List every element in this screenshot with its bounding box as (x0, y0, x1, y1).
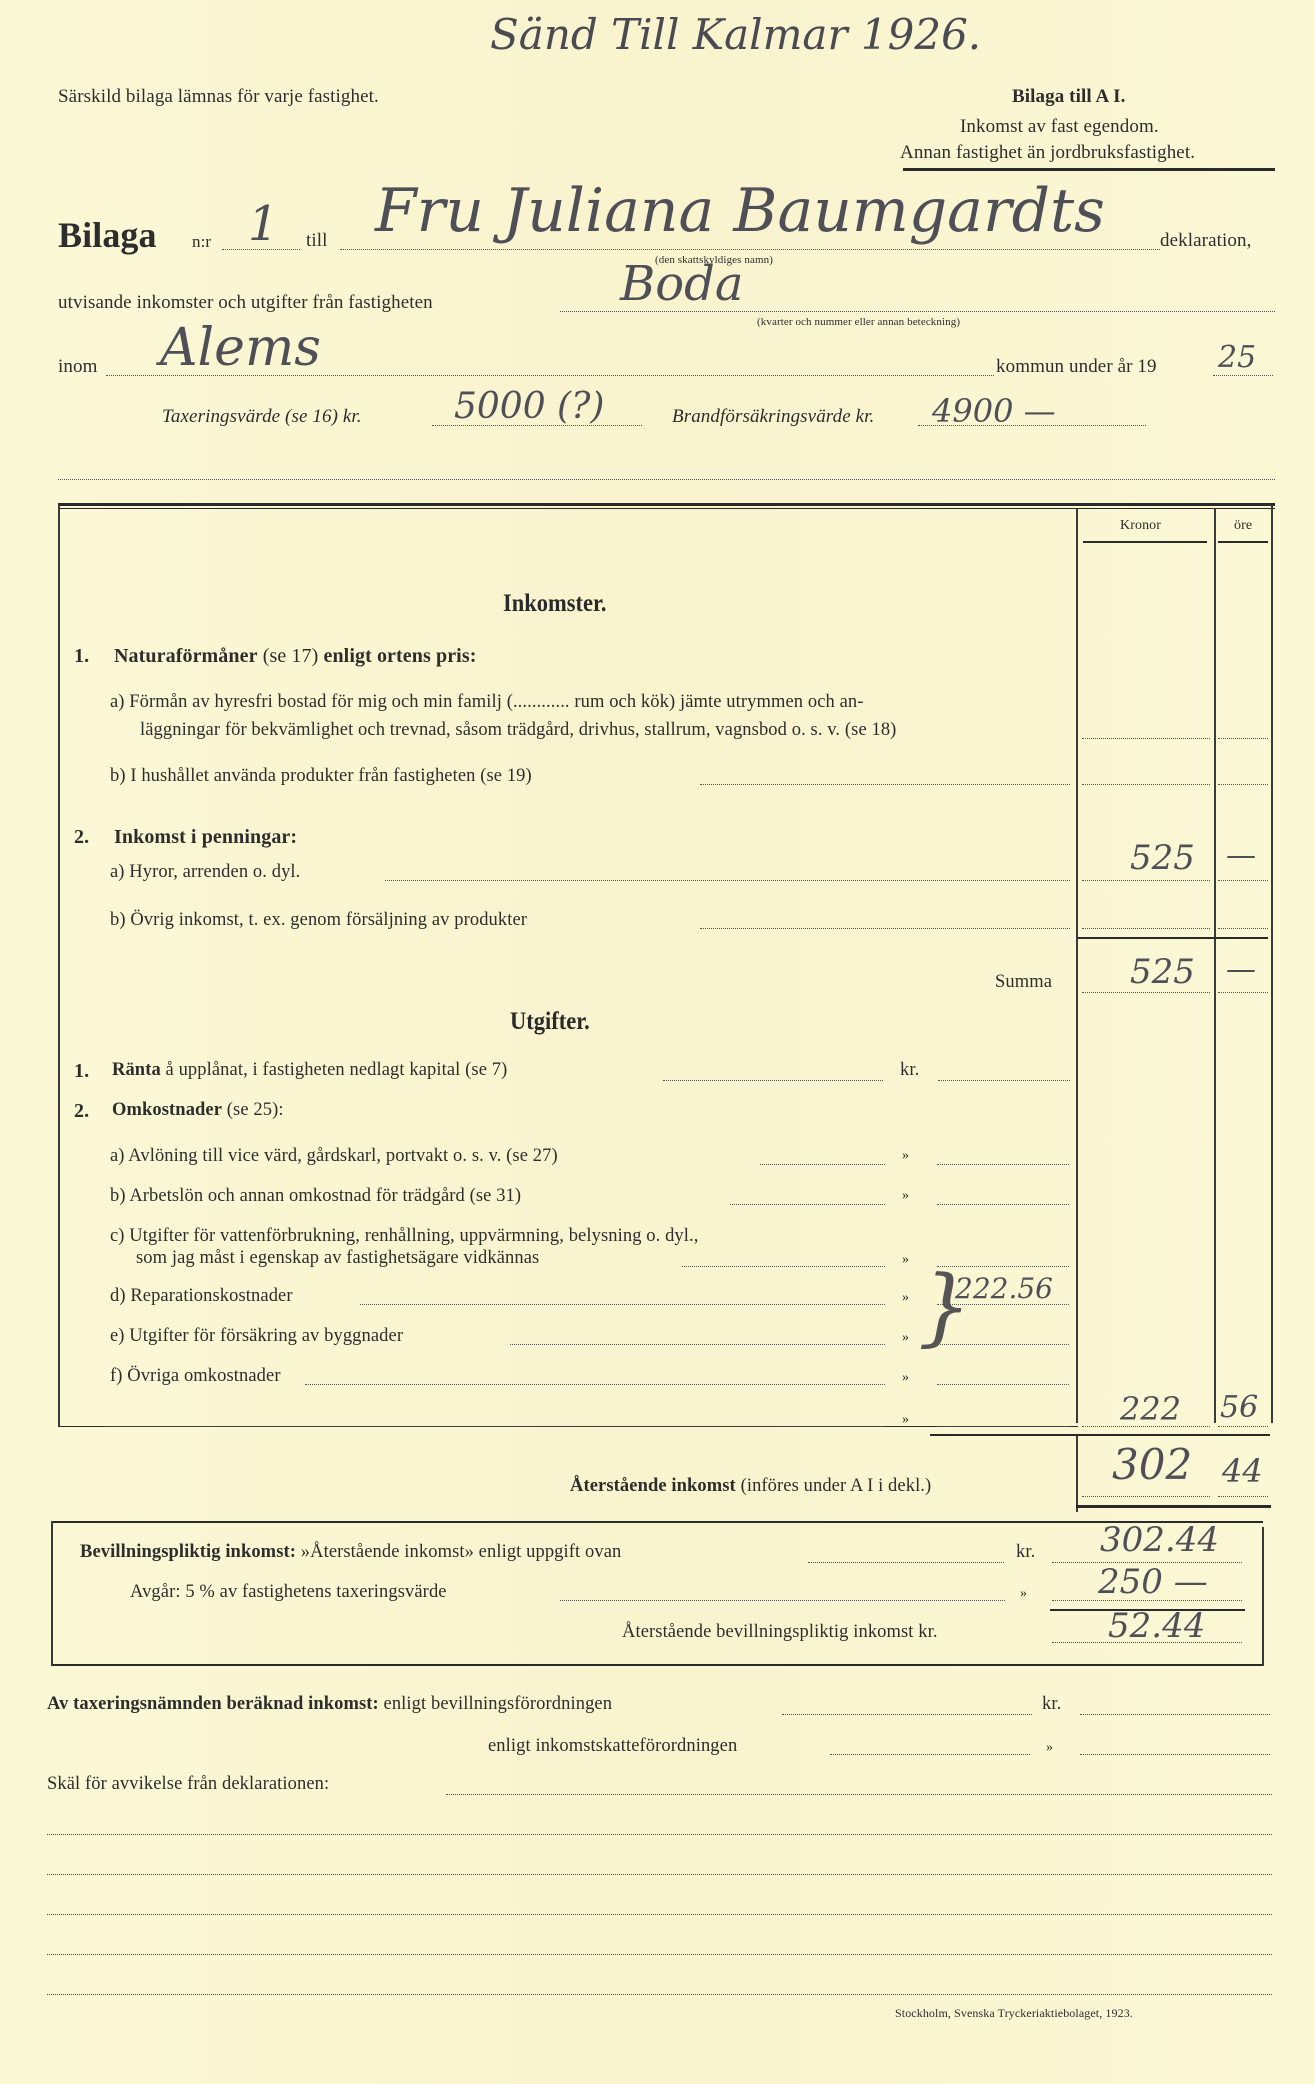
aterstaende-line: Återstående inkomst (införes under A I i… (570, 1476, 931, 1497)
natura-ref: (se 17) (263, 645, 319, 667)
aterstaende-kronor-field[interactable]: 302 (1112, 1440, 1192, 1489)
omkostnader-num: 2. (74, 1100, 89, 1123)
property-field[interactable]: Boda (620, 256, 744, 312)
omk-blank-sign: » (902, 1412, 909, 1428)
penningar-a-kronor-line (1082, 880, 1210, 881)
skal-field-line-6[interactable] (47, 1994, 1272, 1995)
skal-field-line-4[interactable] (47, 1914, 1272, 1915)
bevillning-line-1-leader (808, 1562, 1004, 1563)
summa-rule (1078, 937, 1268, 939)
bevillning-label: Bevillningspliktig inkomst: (80, 1542, 296, 1562)
bevillning-line-1: Bevillningspliktig inkomst: »Återstående… (80, 1542, 621, 1563)
bevillning-line-2-field[interactable]: 250 — (1098, 1562, 1208, 1602)
printer-imprint: Stockholm, Svenska Tryckeriaktiebolaget,… (895, 2006, 1133, 2021)
bevillning-line-1-field[interactable]: 302.44 (1100, 1520, 1219, 1560)
appendix-underline (903, 168, 1275, 171)
natura-num: 1. (74, 645, 89, 668)
col-header-kronor: Kronor (1120, 518, 1161, 534)
omk-b-leader (730, 1204, 885, 1205)
summa-kronor-line (1082, 992, 1210, 993)
brandforsakring-label: Brandförsäkringsvärde kr. (672, 406, 874, 428)
natura-b-ore-field[interactable] (1218, 784, 1268, 785)
omk-a-sign: » (902, 1148, 909, 1164)
ore-column-left (1214, 508, 1216, 1423)
omk-f-field[interactable] (937, 1384, 1069, 1385)
ranta-num: 1. (74, 1060, 89, 1083)
col-header-ore: öre (1234, 518, 1252, 534)
natura-b-leader (700, 784, 1070, 785)
omk-f-sign: » (902, 1370, 909, 1386)
natura-a-ore-field[interactable] (1218, 738, 1268, 739)
bracket-icon: } (918, 1264, 971, 1348)
summa-ore-field[interactable]: — (1226, 952, 1256, 987)
aterstaende-kronor-line (1082, 1496, 1210, 1497)
table-left-border (58, 505, 60, 1427)
separator-dotted (58, 479, 1275, 480)
omk-b-sign: » (902, 1188, 909, 1204)
nr-field[interactable]: 1 (248, 196, 279, 252)
penningar-b-line: b) Övrig inkomst, t. ex. genom försäljni… (110, 910, 527, 931)
omk-a-field[interactable] (937, 1164, 1069, 1165)
bevillning-box-bottom (51, 1664, 1263, 1666)
natura-label: Naturaförmåner (114, 645, 258, 667)
deklaration-label: deklaration, (1160, 230, 1251, 252)
nr-label: n:r (192, 232, 211, 252)
omkostnader-heading: Omkostnader (se 25): (112, 1100, 284, 1121)
omk-e-line: e) Utgifter för försäkring av byggnader (110, 1326, 403, 1347)
kommun-field[interactable]: Alems (160, 318, 321, 378)
summa-kronor-field[interactable]: 525 (1130, 952, 1195, 992)
taxering-line-1-leader (782, 1714, 1032, 1715)
appendix-subtitle: Inkomst av fast egendom. (960, 116, 1159, 138)
ranta-unit: kr. (900, 1060, 919, 1081)
natura-label-2: enligt ortens pris: (323, 645, 476, 667)
till-label: till (306, 230, 328, 252)
ranta-field[interactable] (938, 1080, 1070, 1081)
omk-a-line: a) Avlöning till vice värd, gårdskarl, p… (110, 1146, 558, 1167)
taxeringsvarde-label: Taxeringsvärde (se 16) kr. (162, 406, 362, 428)
year-field[interactable]: 25 (1218, 340, 1256, 375)
omk-total-rule (930, 1434, 1270, 1436)
skal-field-line-3[interactable] (47, 1874, 1272, 1875)
omk-d-leader (360, 1304, 885, 1305)
brandforsakring-field[interactable]: 4900 — (932, 392, 1056, 430)
omk-blank-line[interactable] (106, 1426, 885, 1427)
bevillning-line-2-unit: » (1020, 1586, 1027, 1602)
omk-total-ore-line (1218, 1426, 1268, 1427)
property-label: utvisande inkomster och utgifter från fa… (58, 292, 433, 314)
aterstaende-box-left (1076, 1436, 1078, 1512)
natura-a-line-2: läggningar för bekvämlighet och trevnad,… (140, 720, 896, 741)
natura-b-kronor-field[interactable] (1082, 784, 1210, 785)
penningar-a-line: a) Hyror, arrenden o. dyl. (110, 862, 300, 883)
utgifter-heading: Utgifter. (510, 1008, 590, 1036)
omk-e-field[interactable] (937, 1344, 1069, 1345)
ranta-text: å upplånat, i fastigheten nedlagt kapita… (166, 1060, 508, 1080)
property-caption: (kvarter och nummer eller annan beteckni… (757, 316, 960, 328)
penningar-a-leader (385, 880, 1070, 881)
aterstaende-rule (1076, 1505, 1271, 1508)
kommun-label: kommun under år 19 (996, 356, 1157, 378)
kronor-header-rule (1083, 541, 1207, 543)
omkostnader-label: Omkostnader (112, 1100, 222, 1120)
omk-d-line: d) Reparationskostnader (110, 1286, 293, 1307)
bevillning-line-3-field[interactable]: 52.44 (1108, 1606, 1205, 1646)
taxering-line-2-unit: » (1046, 1740, 1053, 1756)
omk-e-leader (510, 1344, 885, 1345)
omk-total-ore-field[interactable]: 56 (1220, 1390, 1258, 1425)
inkomster-heading: Inkomster. (503, 590, 607, 618)
taxering-line-1: Av taxeringsnämnden beräknad inkomst: en… (47, 1694, 612, 1715)
ranta-leader (663, 1080, 883, 1081)
omk-c-sign: » (902, 1252, 909, 1268)
aterstaende-ore-line (1218, 1496, 1268, 1497)
omk-b-line: b) Arbetslön och annan omkostnad för trä… (110, 1186, 521, 1207)
penningar-label: Inkomst i penningar: (114, 826, 297, 849)
bevillning-box-right (1262, 1527, 1264, 1666)
taxering-line-2-field[interactable] (1080, 1754, 1270, 1755)
table-top-border (58, 503, 1275, 506)
omk-c-line-2: som jag måst i egenskap av fastighetsäga… (136, 1248, 539, 1269)
penningar-b-kronor-field[interactable] (1082, 928, 1210, 929)
aterstaende-note: (införes under A I i dekl.) (741, 1476, 932, 1496)
table-top-border-thin (58, 508, 1275, 509)
handwritten-note: Sänd Till Kalmar 1926. (490, 10, 981, 59)
taxeringsvarde-field[interactable]: 5000 (?) (454, 386, 604, 427)
bevillning-line-1-text: »Återstående inkomst» enligt uppgift ova… (301, 1542, 622, 1562)
year-field-line[interactable] (1213, 375, 1273, 376)
omk-a-leader (760, 1164, 885, 1165)
omk-f-line: f) Övriga omkostnader (110, 1366, 281, 1387)
penningar-a-kronor-field[interactable]: 525 (1130, 838, 1195, 878)
taxering-line-1-text: enligt bevillningsförordningen (384, 1694, 613, 1714)
bevillning-line-1-unit: kr. (1016, 1542, 1035, 1563)
omk-c-leader (682, 1266, 885, 1267)
bevillning-box-top (51, 1521, 1263, 1523)
omk-f-leader (305, 1384, 885, 1385)
natura-b-line: b) I hushållet använda produkter från fa… (110, 766, 532, 787)
ore-header-rule (1218, 541, 1268, 543)
skal-field-line-2[interactable] (47, 1834, 1272, 1835)
omkostnader-ref: (se 25): (227, 1100, 284, 1120)
penningar-b-leader (700, 928, 1070, 929)
ranta-line: Ränta å upplånat, i fastigheten nedlagt … (112, 1060, 507, 1081)
skal-label: Skäl för avvikelse från deklarationen: (47, 1774, 329, 1795)
omk-c-line-1: c) Utgifter för vattenförbrukning, renhå… (110, 1226, 698, 1247)
omk-e-sign: » (902, 1330, 909, 1346)
omk-d-sign: » (902, 1290, 909, 1306)
appendix-title: Bilaga till A I. (1012, 86, 1126, 108)
natura-a-kronor-field[interactable] (1082, 738, 1210, 739)
table-right-border (1271, 505, 1273, 1423)
natura-a-line-1: a) Förmån av hyresfri bostad för mig och… (110, 692, 864, 713)
bevillning-box-left (51, 1521, 53, 1666)
taxpayer-field-line[interactable] (340, 249, 1160, 250)
bevillning-line-2-leader (560, 1600, 1005, 1601)
inom-label: inom (58, 356, 97, 378)
omk-b-field[interactable] (937, 1204, 1069, 1205)
natura-heading: Naturaförmåner (se 17) enligt ortens pri… (114, 645, 476, 668)
taxering-label: Av taxeringsnämnden beräknad inkomst: (47, 1694, 379, 1714)
summa-label: Summa (995, 972, 1052, 993)
bevillning-line-3: Återstående bevillningspliktig inkomst k… (622, 1622, 938, 1643)
kronor-column-left (1076, 508, 1078, 1423)
penningar-a-ore-field[interactable]: — (1226, 838, 1256, 873)
penningar-num: 2. (74, 826, 89, 849)
omk-blank-field[interactable] (937, 1426, 1069, 1427)
aterstaende-ore-field[interactable]: 44 (1222, 1452, 1263, 1490)
taxering-line-2-leader (830, 1754, 1030, 1755)
bilaga-label: Bilaga (58, 214, 157, 256)
taxering-line-2: enligt inkomstskatteförordningen (488, 1736, 737, 1757)
skal-field-line-1[interactable] (446, 1794, 1272, 1795)
skal-field-line-5[interactable] (47, 1954, 1272, 1955)
omk-total-kronor-field[interactable]: 222 (1120, 1390, 1181, 1428)
taxpayer-name-field[interactable]: Fru Juliana Baumgardts (375, 176, 1105, 246)
summa-ore-line (1218, 992, 1268, 993)
left-note: Särskild bilaga lämnas för varje fastigh… (58, 86, 379, 108)
aterstaende-label: Återstående inkomst (570, 1476, 736, 1496)
taxering-line-1-unit: kr. (1042, 1694, 1061, 1715)
ranta-label: Ränta (112, 1060, 161, 1080)
appendix-subtitle-2: Annan fastighet än jordbruksfastighet. (900, 142, 1195, 164)
penningar-b-ore-field[interactable] (1218, 928, 1268, 929)
bevillning-line-2: Avgår: 5 % av fastighetens taxeringsvärd… (130, 1582, 447, 1603)
penningar-a-ore-line (1218, 880, 1268, 881)
taxering-line-1-field[interactable] (1080, 1714, 1270, 1715)
